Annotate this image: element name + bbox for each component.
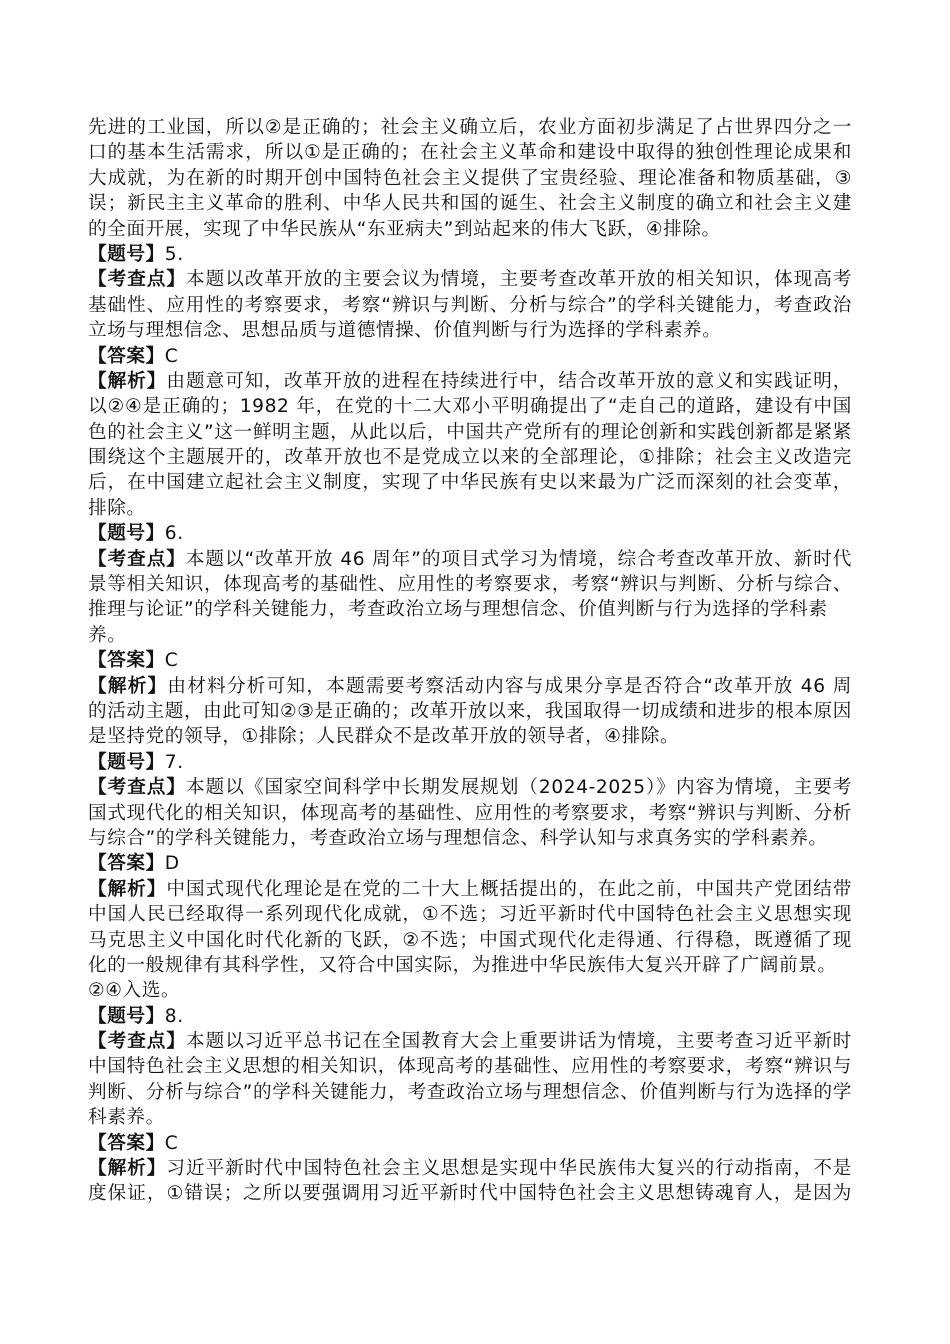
line-text: 中国人民已经取得一系列现代化成就，①不选；习近平新时代中国特色社会主义思想实现了 — [88, 904, 852, 927]
text-line: 基础性、应用性的考察要求，考察“辨识与判断、分析与综合”的学科关键能力，考查政治 — [88, 293, 852, 318]
line-text: 马克思主义中国化时代化新的飞跃，②不选；中国式现代化走得通、行得稳，既遵循了现代 — [88, 930, 852, 953]
text-line: 【答案】D — [88, 851, 852, 876]
text-line: 【解析】由材料分析可知，本题需要考察活动内容与成果分享是否符合“改革开放 46 … — [88, 674, 852, 699]
text-line: 口的基本生活需求，所以①是正确的；在社会主义革命和建设中取得的独创性理论成果和巨 — [88, 140, 852, 165]
section-label: 【答案】 — [88, 853, 165, 874]
text-line: 以②④是正确的；1982 年，在党的十二大邓小平明确提出了“走自己的道路，建设有… — [88, 394, 852, 419]
line-text: 立场与理想信念、思想品质与道德情操、价值判断与行为选择的学科素养。 — [88, 320, 721, 341]
line-text: 与综合”的学科关键能力，考查政治立场与理想信念、科学认知与求真务实的学科素养。 — [88, 828, 828, 849]
text-line: 景等相关知识，体现高考的基础性、应用性的考察要求，考察“辨识与判断、分析与综合、 — [88, 572, 852, 597]
line-text: 6. — [165, 523, 184, 544]
text-line: 大成就，为在新的时期开创中国特色社会主义提供了宝贵经验、理论准备和物质基础，③错 — [88, 166, 852, 191]
text-line: 中国人民已经取得一系列现代化成就，①不选；习近平新时代中国特色社会主义思想实现了 — [88, 902, 852, 927]
line-text: 由题意可知，改革开放的进程在持续进行中，结合改革开放的意义和实践证明，所 — [88, 371, 852, 394]
section-label: 【考查点】 — [88, 777, 186, 798]
section-label: 【题号】 — [88, 1006, 165, 1027]
line-text: 中国式现代化理论是在党的二十大上概括提出的，在此之前，中国共产党团结带领 — [88, 879, 852, 902]
text-line: 【解析】中国式现代化理论是在党的二十大上概括提出的，在此之前，中国共产党团结带领 — [88, 877, 852, 902]
text-line: 中国特色社会主义思想的相关知识，体现高考的基础性、应用性的考察要求，考察“辨识与 — [88, 1054, 852, 1079]
line-text: 本题以习近平总书记在全国教育大会上重要讲话为情境，主要考查习近平新时代 — [88, 1031, 852, 1054]
text-line: 养。 — [88, 623, 852, 648]
text-line: 科素养。 — [88, 1105, 852, 1130]
text-line: 化的一般规律有其科学性，又符合中国实际，为推进中华民族伟大复兴开辟了广阔前景。 — [88, 953, 852, 978]
text-line: 【考查点】本题以习近平总书记在全国教育大会上重要讲话为情境，主要考查习近平新时代 — [88, 1029, 852, 1054]
text-line: 【解析】由题意可知，改革开放的进程在持续进行中，结合改革开放的意义和实践证明，所 — [88, 369, 852, 394]
text-line: ②④入选。 — [88, 978, 852, 1003]
text-line: 推理与论证”的学科关键能力，考查政治立场与理想信念、价值判断与行为选择的学科素 — [88, 597, 852, 622]
line-text: 中国特色社会主义思想的相关知识，体现高考的基础性、应用性的考察要求，考察“辨识与 — [88, 1056, 852, 1077]
line-text: 的全面开展，实现了中华民族从“东亚病夫”到站起来的伟大飞跃，④排除。 — [88, 219, 721, 240]
section-label: 【题号】 — [88, 752, 165, 773]
line-text: 本题以“改革开放 46 周年”的项目式学习为情境，综合考查改革开放、新时代背 — [88, 549, 852, 572]
line-text: 基础性、应用性的考察要求，考察“辨识与判断、分析与综合”的学科关键能力，考查政治 — [88, 295, 852, 316]
line-text: 化的一般规律有其科学性，又符合中国实际，为推进中华民族伟大复兴开辟了广阔前景。 — [88, 955, 837, 976]
text-line: 是坚持党的领导，①排除；人民群众不是改革开放的领导者，④排除。 — [88, 724, 852, 749]
line-text: 以②④是正确的；1982 年，在党的十二大邓小平明确提出了“走自己的道路，建设有… — [88, 396, 852, 419]
line-text: 本题以改革开放的主要会议为情境，主要考查改革开放的相关知识，体现高考的 — [88, 269, 852, 292]
section-label: 【解析】 — [88, 1158, 166, 1179]
section-label: 【考查点】 — [88, 549, 186, 570]
line-text: 度保证，①错误；之所以要强调用习近平新时代中国特色社会主义思想铸魂育人，是因为习 — [88, 1183, 852, 1206]
section-label: 【答案】 — [88, 346, 165, 367]
text-line: 【题号】5. — [88, 242, 852, 267]
line-text: 误；新民主主义革命的胜利、中华人民共和国的诞生、社会主义制度的确立和社会主义建设 — [88, 193, 852, 216]
text-line: 色的社会主义”这一鲜明主题，从此以后，中国共产党所有的理论创新和实践创新都是紧紧 — [88, 420, 852, 445]
line-text: 推理与论证”的学科关键能力，考查政治立场与理想信念、价值判断与行为选择的学科素 — [88, 599, 828, 620]
text-line: 立场与理想信念、思想品质与道德情操、价值判断与行为选择的学科素养。 — [88, 318, 852, 343]
section-label: 【解析】 — [88, 676, 167, 697]
text-line: 排除。 — [88, 496, 852, 521]
line-text: 国式现代化的相关知识，体现高考的基础性、应用性的考察要求，考察“辨识与判断、分析 — [88, 803, 852, 824]
line-text: 先进的工业国，所以②是正确的；社会主义确立后，农业方面初步满足了占世界四分之一人 — [88, 117, 852, 140]
line-text: 判断、分析与综合”的学科关键能力，考查政治立场与理想信念、价值判断与行为选择的学 — [88, 1082, 852, 1103]
section-label: 【解析】 — [88, 879, 166, 900]
text-line: 先进的工业国，所以②是正确的；社会主义确立后，农业方面初步满足了占世界四分之一人 — [88, 115, 852, 140]
line-text: 是坚持党的领导，①排除；人民群众不是改革开放的领导者，④排除。 — [88, 726, 679, 747]
line-text: D — [165, 853, 180, 874]
line-text: 养。 — [88, 625, 126, 646]
text-line: 【考查点】本题以改革开放的主要会议为情境，主要考查改革开放的相关知识，体现高考的 — [88, 267, 852, 292]
section-label: 【题号】 — [88, 244, 165, 265]
document-page: 先进的工业国，所以②是正确的；社会主义确立后，农业方面初步满足了占世界四分之一人… — [88, 115, 852, 1207]
section-label: 【解析】 — [88, 371, 166, 392]
line-text: 习近平新时代中国特色社会主义思想是实现中华民族伟大复兴的行动指南，不是制 — [88, 1158, 852, 1181]
line-text: 7. — [165, 752, 184, 773]
text-line: 的活动主题，由此可知②③是正确的；改革开放以来，我国取得一切成绩和进步的根本原因 — [88, 699, 852, 724]
section-label: 【答案】 — [88, 1133, 165, 1154]
text-line: 【题号】8. — [88, 1004, 852, 1029]
text-line: 【答案】C — [88, 1131, 852, 1156]
line-text: 色的社会主义”这一鲜明主题，从此以后，中国共产党所有的理论创新和实践创新都是紧紧 — [88, 422, 852, 443]
text-line: 的全面开展，实现了中华民族从“东亚病夫”到站起来的伟大飞跃，④排除。 — [88, 217, 852, 242]
line-text: 科素养。 — [88, 1107, 165, 1128]
line-text: 本题以《国家空间科学中长期发展规划（2024-2025）》内容为情境，主要考查中 — [88, 777, 852, 800]
line-text: 口的基本生活需求，所以①是正确的；在社会主义革命和建设中取得的独创性理论成果和巨 — [88, 142, 852, 165]
section-label: 【题号】 — [88, 523, 165, 544]
text-line: 度保证，①错误；之所以要强调用习近平新时代中国特色社会主义思想铸魂育人，是因为习 — [88, 1181, 852, 1206]
text-line: 后，在中国建立起社会主义制度，实现了中华民族有史以来最为广泛而深刻的社会变革，③ — [88, 470, 852, 495]
line-text: 大成就，为在新的时期开创中国特色社会主义提供了宝贵经验、理论准备和物质基础，③错 — [88, 168, 852, 191]
text-line: 【解析】习近平新时代中国特色社会主义思想是实现中华民族伟大复兴的行动指南，不是制 — [88, 1156, 852, 1181]
line-text: 5. — [165, 244, 184, 265]
line-text: ②④入选。 — [88, 980, 180, 1001]
section-label: 【答案】 — [88, 650, 165, 671]
section-label: 【考查点】 — [88, 269, 186, 290]
text-line: 判断、分析与综合”的学科关键能力，考查政治立场与理想信念、价值判断与行为选择的学 — [88, 1080, 852, 1105]
text-line: 【题号】7. — [88, 750, 852, 775]
text-line: 【答案】C — [88, 648, 852, 673]
line-text: 景等相关知识，体现高考的基础性、应用性的考察要求，考察“辨识与判断、分析与综合、 — [88, 574, 852, 595]
text-line: 与综合”的学科关键能力，考查政治立场与理想信念、科学认知与求真务实的学科素养。 — [88, 826, 852, 851]
line-text: C — [165, 650, 179, 671]
text-line: 误；新民主主义革命的胜利、中华人民共和国的诞生、社会主义制度的确立和社会主义建设 — [88, 191, 852, 216]
line-text: C — [165, 346, 179, 367]
line-text: 由材料分析可知，本题需要考察活动内容与成果分享是否符合“改革开放 46 周年” — [88, 676, 852, 699]
line-text: 后，在中国建立起社会主义制度，实现了中华民族有史以来最为广泛而深刻的社会变革，③ — [88, 472, 852, 495]
text-line: 【答案】C — [88, 344, 852, 369]
text-line: 围绕这个主题展开的，改革开放也不是党成立以来的全部理论，①排除；社会主义改造完成 — [88, 445, 852, 470]
section-label: 【考查点】 — [88, 1031, 186, 1052]
text-line: 马克思主义中国化时代化新的飞跃，②不选；中国式现代化走得通、行得稳，既遵循了现代 — [88, 928, 852, 953]
line-text: 8. — [165, 1006, 184, 1027]
text-line: 国式现代化的相关知识，体现高考的基础性、应用性的考察要求，考察“辨识与判断、分析 — [88, 801, 852, 826]
text-line: 【考查点】本题以“改革开放 46 周年”的项目式学习为情境，综合考查改革开放、新… — [88, 547, 852, 572]
line-text: 围绕这个主题展开的，改革开放也不是党成立以来的全部理论，①排除；社会主义改造完成 — [88, 447, 852, 470]
text-line: 【考查点】本题以《国家空间科学中长期发展规划（2024-2025）》内容为情境，… — [88, 775, 852, 800]
line-text: 排除。 — [88, 498, 146, 519]
text-line: 【题号】6. — [88, 521, 852, 546]
line-text: 的活动主题，由此可知②③是正确的；改革开放以来，我国取得一切成绩和进步的根本原因 — [88, 701, 852, 722]
line-text: C — [165, 1133, 179, 1154]
